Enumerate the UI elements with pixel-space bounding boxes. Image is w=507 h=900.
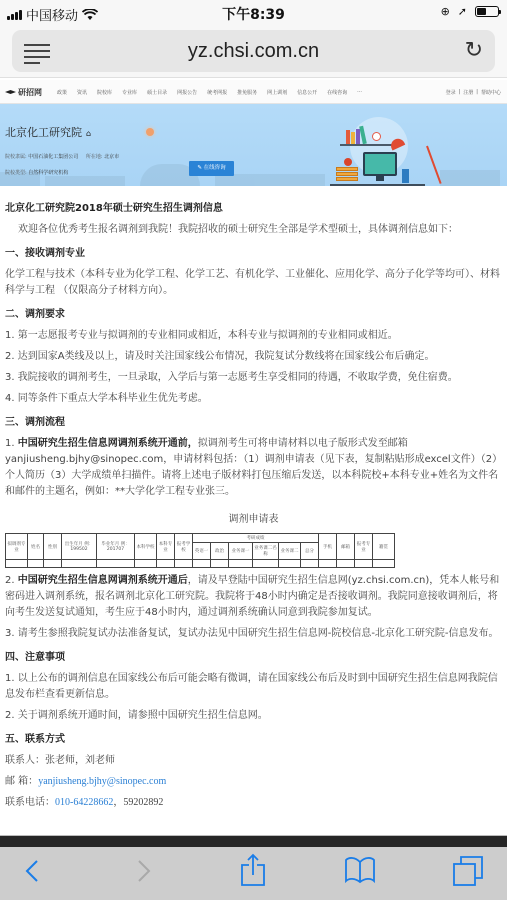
- register-link[interactable]: 注册: [463, 89, 473, 96]
- table-title: 调剂申请表: [5, 510, 502, 525]
- notice-item: 1. 以上公布的调剂信息在国家线公布后可能会略有微调，请在国家线公布后及时到中国…: [5, 671, 502, 703]
- divider: |: [459, 89, 461, 96]
- nav-item-more[interactable]: ···: [357, 89, 362, 96]
- online-consult-button[interactable]: ✎ 在线咨询: [189, 161, 234, 176]
- article-content: 北京化工研究院2018年硕士研究生招生调剂信息 欢迎各位优秀考生报名调剂到我院！…: [0, 186, 507, 811]
- reload-icon[interactable]: ↻: [465, 38, 483, 63]
- nav-item-info-disclosure[interactable]: 信息公开: [297, 89, 317, 96]
- location-icon: ➚: [458, 5, 467, 18]
- process-item: 1. 中国研究生招生信息网调剂系统开通前，拟调剂考生可将申请材料以电子版形式发至…: [5, 436, 502, 500]
- school-type: 院校类型: 自然科学研究机构: [5, 169, 74, 176]
- intro-paragraph: 欢迎各位优秀考生报名调剂到我院！我院招收的硕士研究生全部是学术型硕士，具体调剂信…: [5, 222, 502, 238]
- nav-item-majors[interactable]: 专业库: [122, 89, 137, 96]
- requirement-item: 4. 同等条件下重点大学本科毕业生优先考虑。: [5, 391, 502, 407]
- graduation-cap-icon: [5, 90, 16, 95]
- browser-toolbar: [0, 847, 507, 900]
- nav-item-exam-registration[interactable]: 统考网报: [207, 89, 227, 96]
- home-icon[interactable]: ⌂: [86, 129, 91, 138]
- address-bar[interactable]: yz.chsi.com.cn ↻: [12, 30, 495, 72]
- phone-link[interactable]: 010-64228662: [55, 797, 113, 808]
- application-table: 拟调剂专业 姓名 性别 出生年月 例：199502 毕业年月 例：201707 …: [5, 533, 395, 568]
- desk-illustration: [330, 104, 507, 186]
- requirement-item: 3. 我院接收的调剂考生，一旦录取，入学后与第一志愿考生享受相同的待遇，不收取学…: [5, 370, 502, 386]
- school-banner: 北京化工研究院⌂ 院校隶属: 中国石油化工集团公司 所在地: 北京市 院校类型:…: [0, 104, 507, 186]
- nav-item-schools[interactable]: 院校库: [97, 89, 112, 96]
- section-heading: 五、联系方式: [5, 732, 502, 748]
- forward-icon[interactable]: [137, 859, 151, 883]
- requirement-item: 1. 第一志愿报考专业与拟调剂的专业相同或相近，本科专业与拟调剂的专业相同或相近…: [5, 328, 502, 344]
- site-logo[interactable]: 研招网: [5, 87, 42, 98]
- site-nav: 研招网 政策 资讯 院校库 专业库 硕士目录 网报公告 统考网报 推免服务 网上…: [0, 80, 507, 104]
- tabs-icon[interactable]: [452, 855, 484, 887]
- school-name: 北京化工研究院⌂: [5, 124, 91, 140]
- contact-phone: 联系电话：010-64228662，59202892: [5, 795, 502, 811]
- nav-item-announcements[interactable]: 网报公告: [177, 89, 197, 96]
- requirement-item: 2. 达到国家A类线及以上，请及时关注国家线公布情况，我院复试分数线将在国家线公…: [5, 349, 502, 365]
- login-link[interactable]: 登录: [446, 89, 456, 96]
- divider: |: [476, 89, 478, 96]
- rotation-lock-icon: ⊕: [441, 5, 450, 18]
- nav-item-news[interactable]: 资讯: [77, 89, 87, 96]
- url-text[interactable]: yz.chsi.com.cn: [12, 40, 495, 63]
- bookmarks-icon[interactable]: [344, 856, 376, 884]
- contact-email: 邮 箱：yanjiusheng.bjhy@sinopec.com: [5, 774, 502, 790]
- email-link[interactable]: yanjiusheng.bjhy@sinopec.com: [38, 776, 166, 787]
- share-icon[interactable]: [240, 853, 266, 887]
- section-heading: 四、注意事项: [5, 650, 502, 666]
- process-item: 3. 请考生参照我院复试办法准备复试，复试办法见中国研究生招生信息网-院校信息-…: [5, 626, 502, 642]
- section-heading: 二、调剂要求: [5, 307, 502, 323]
- nav-item-online-consult[interactable]: 在线咨询: [327, 89, 347, 96]
- help-center-link[interactable]: 帮助中心: [481, 89, 501, 96]
- nav-item-master-catalog[interactable]: 硕士目录: [147, 89, 167, 96]
- notice-item: 2. 关于调剂系统开通时间，请参照中国研究生招生信息网。: [5, 708, 502, 724]
- nav-item-online-transfer[interactable]: 网上调剂: [267, 89, 287, 96]
- sun-decoration: [146, 128, 154, 136]
- clock: 下午8:39: [0, 4, 507, 24]
- school-affiliation: 院校隶属: 中国石油化工集团公司 所在地: 北京市: [5, 153, 125, 160]
- article-title: 北京化工研究院2018年硕士研究生招生调剂信息: [5, 199, 502, 214]
- nav-item-policy[interactable]: 政策: [57, 89, 67, 96]
- process-item: 2. 中国研究生招生信息网调剂系统开通后，请及早登陆中国研究生招生信息网(yz.…: [5, 573, 502, 621]
- nav-item-recommendation[interactable]: 推免服务: [237, 89, 257, 96]
- status-bar: 中国移动 下午8:39 ⊕ ➚: [0, 0, 507, 26]
- page-footer-strip: [0, 835, 507, 847]
- browser-address-area: yz.chsi.com.cn ↻: [0, 26, 507, 78]
- contact-person: 联系人：张老师，刘老师: [5, 753, 502, 769]
- accepted-majors: 化学工程与技术（本科专业为化学工程、化学工艺、有机化学、工业催化、应用化学、高分…: [5, 267, 502, 299]
- section-heading: 三、调剂流程: [5, 415, 502, 431]
- back-icon[interactable]: [25, 859, 39, 883]
- section-heading: 一、接收调剂专业: [5, 246, 502, 262]
- table-row: [6, 560, 395, 568]
- battery-icon: [475, 6, 499, 17]
